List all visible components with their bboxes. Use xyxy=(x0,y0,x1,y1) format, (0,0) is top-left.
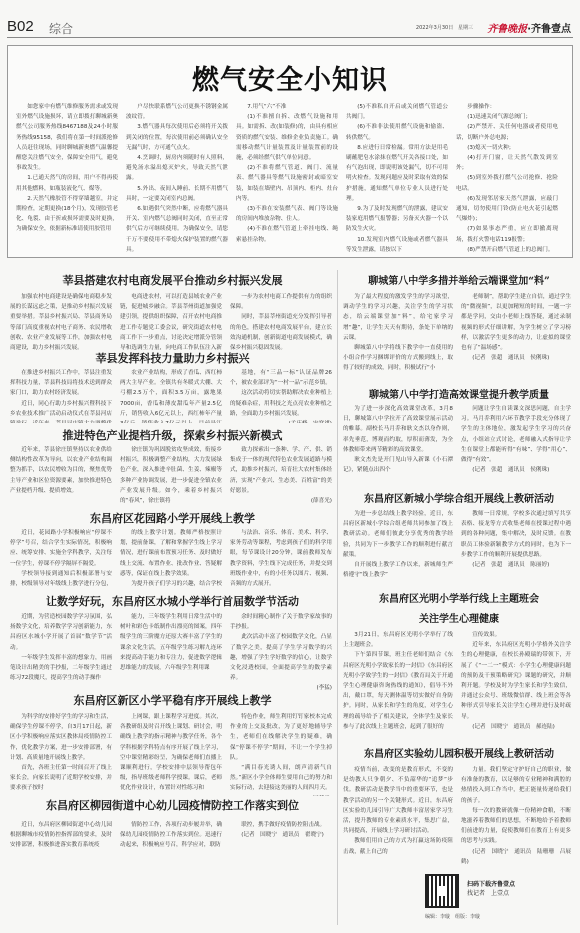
article-headline: 东昌府区花园路小学开展线上教学 xyxy=(10,510,335,526)
text-column: 与法治、音乐、体育、美术、科学、家务劳动等课程，考虑到孩子们的科学用眼，每节课设… xyxy=(230,528,332,590)
paragraph: (4)打开门窗，让天然气散发到室外； xyxy=(456,153,558,173)
text-column: 徐庄镇为巩固脱贫攻坚成效，衔接乡村振兴，积极调整产业结构，大力发展绿色产业，深入… xyxy=(120,445,222,507)
article-body: 近日，东昌府区柳园街道中心幼儿园根据聊城市疫情防控指挥部的要求，及时安排部署，积… xyxy=(10,820,335,865)
paragraph: 余时间精心制作了关于数学家故事的手抄报。 xyxy=(230,612,332,632)
text-column: 近日，东昌府区柳园街道中心幼儿园根据聊城市疫情防控指挥部的要求，及时安排部署，积… xyxy=(10,820,112,865)
paragraph: 教师一日常规，学校多次通过填写共享表格、接龙等方式收集老师在授课过程中遇到的各种… xyxy=(461,509,571,560)
paragraph: 3月21日，东昌府区光明小学举行了线上主题班会。 xyxy=(343,630,453,650)
text-column: 近日，花园路小学积极响应“停课不停学”号召，结合学生实际情况，积极响应、统筹安排… xyxy=(10,528,112,590)
paragraph: (2)严禁开、关任何电器或者使用电话，切断户外总电源； xyxy=(456,122,558,142)
text-column: 近期，为营造校园数学学习氛围，弘扬数学文化，培养数学学习创新能力，东昌府区水城小… xyxy=(10,612,112,690)
article-headline: 让数学好玩，东昌府区水城小学举行首届数学节活动 xyxy=(10,593,335,609)
text-column: 为科学的安排好学生的学习和生活，确保学生停课不停学，自3月17日起，新区小学积极… xyxy=(10,712,112,796)
article-headline: 聊城第八中学多措并举给云端课堂加“料” xyxy=(343,272,575,287)
paragraph: 近年来，莘县徐庄镇坚持以农业供给侧结构性改革为导向，以农业产业结构调整为抓手，以… xyxy=(10,445,112,496)
qr-caption: 扫码下载齐鲁壹点 找记者 上壹点 xyxy=(467,880,515,898)
article-body: 为了最大程度的激发学生的学习欲望，调动学生的学习兴趣，关注学生的学习状态，给云端… xyxy=(343,292,575,384)
paragraph: 近日，同心行助力乡村振兴暨科技下乡农业技术推广活动启动仪式在莘县河店镇举行。近年… xyxy=(10,399,112,423)
weekday: 星期三 xyxy=(458,25,473,31)
newspaper-logo: 齐鲁晚报·齐鲁壹点 xyxy=(487,20,571,35)
paragraph: 徐庄镇为巩固脱贫攻坚成效，衔接乡村振兴，积极调整产业结构，大力发展绿色产业，深入… xyxy=(120,445,222,506)
article-body: 在推进乡村振兴工作中，莘县注重发挥科技力量，莘县科技局将技术送到群众家门口，助力… xyxy=(10,368,335,423)
paragraph: (记者 国晓宁 通讯员 陆珊珊 吕展鹤) xyxy=(461,847,571,867)
paragraph: 近期，为营造校园数学学习氛围，弘扬数学文化，培养数学学习创新能力，东昌府区水城小… xyxy=(10,612,112,653)
paragraph: (记者 张超 通讯员 侯俐珠) xyxy=(461,353,571,363)
paragraph: 力量。我们坚定守护好自己的职业，做有准备的教育，以足够的专业精神和满腔的热情投入… xyxy=(461,765,571,806)
paragraph: 特色作业，师生利用钉钉家校本完成作业的上交及批改，为了更好地辅导学生，老师们在线… xyxy=(230,712,332,763)
paragraph: (2)不准将燃气管道、阀门、流量表、燃气器具等燃气设施密封或暗室安装，如装在墙壁… xyxy=(236,163,338,204)
text-column: 余时间精心制作了关于数学家故事的手抄报。此次活动丰富了校园数学文化，凸显了数学之… xyxy=(230,612,332,690)
byline: (国莹光) xyxy=(230,794,332,796)
article-body: 为了进一步深化高效课堂改革，3月8日，聊城第八中学拉开了高效课堂展示活动的帷幕。… xyxy=(343,404,575,486)
text-column: 上网课，跟上课程学习进度。其次，各教研组及时召开线上课划、研讨会，明确线上教学的… xyxy=(120,712,222,796)
text-column: 基地，有“三品一标”认证品牌26个，被农业部评为“一村一品”示范乡镇。这次活动将… xyxy=(230,368,332,423)
text-column: 一步为农村电商工作提供有力的组织保障。同时，莘县莘州街道充分发挥引导者的角色，搭… xyxy=(230,292,332,350)
text-column: 如您家中有燃气维修服务需求或发现室外燃气设施损坏，请立即拨打聊城新奥燃气公司服务… xyxy=(16,102,118,254)
paragraph: 每一次的教研就像一份精神食粮，不断地滋养着教师们的思想，不断地给予着教师们前进的… xyxy=(461,806,571,847)
paragraph: 3.燃气器具每次使用后必须将开关拨到关闭的位置，每次使用前必须确认安全无漏气时，… xyxy=(126,122,228,153)
text-column: 加强农村电商建设是确保电商稳步发展的长谋远虑之策，是推动乡村振兴发展重要举措。莘… xyxy=(10,292,112,350)
paragraph: (5)到室外拨打燃气公司抢修、抢险电话。 xyxy=(456,173,558,193)
text-column: 电商进农村，可以打造县域农业产业链，促进城乡融合。莘县莘州街道加强党建引领，提供… xyxy=(120,292,222,350)
paragraph: (8)严禁开启燃气管道上的总阀门。 xyxy=(456,245,558,254)
section-name: 综合 xyxy=(49,20,73,37)
paragraph: 2.天然气橡胶管不得穿墙越室，并定期检查，定期更换(18个月)，发现胶管老化、龟… xyxy=(16,194,118,235)
paragraph: 与法治、音乐、体育、美术、科学、家务劳动等课程，考虑到孩子们的科学用眼，每节课设… xyxy=(230,528,332,589)
paragraph: (3)不准在安装燃气表、阀门等设施的房间内堆放杂物、住人。 xyxy=(236,204,338,224)
page-header: B02 综合 2022年3月30日 星期三 齐鲁晚报·齐鲁壹点 xyxy=(7,18,573,38)
paragraph: 为提升孩子们学习的兴趣，结合学校实际，学校开设了道德 xyxy=(120,579,222,590)
byline: (董从瑶 俞凯茜) xyxy=(230,589,332,590)
paragraph: 4.烹调时，厨房内须随时有人照料，避免汤水溢出熄灭炉火，导致天然气泄露。 xyxy=(126,153,228,184)
article-body: 近期，为营造校园数学学习氛围，弘扬数学文化，培养数学学习创新能力，东昌府区水城小… xyxy=(10,612,335,690)
article-body: 近年来，莘县徐庄镇坚持以农业供给侧结构性改革为导向，以农业产业结构调整为抓手，以… xyxy=(10,445,335,507)
date: 2022年3月30日 xyxy=(416,25,453,31)
text-column: 近年来，莘县徐庄镇坚持以农业供给侧结构性改革为导向，以农业产业结构调整为抓手，以… xyxy=(10,445,112,507)
paragraph: (记者 国晓宁 通讯员 郝连陆) xyxy=(461,722,571,732)
article-headline: 东昌府区光明小学举行线上主题班会关注学生心理健康 xyxy=(343,590,575,625)
paragraph: 为科学的安排好学生的学习和生活，确保学生停课不停学，自3月17日起，新区小学积极… xyxy=(10,712,112,763)
text-column: 老师制”，帮助学生建立自信，通过学生的“微视频”，以更加精短的时间，一题一字都是… xyxy=(461,292,571,384)
article-headline: 东昌府区柳园街道中心幼儿园疫情防控工作落实到位 xyxy=(10,797,335,813)
paragraph: “满目春光诱人间，朗声清新气自然。”新区小学全体师生要用自己的努力和实际行动，去… xyxy=(230,763,332,794)
text-column: 问题让学生自读课文深思问题，自主学习。马月乔利用六环节教学手段充分体现了学生的主… xyxy=(461,404,571,486)
paragraph: (3)熄灭一切火种； xyxy=(456,143,558,153)
text-column: 农业产业结构，形成了香瓜、西红柿两大主导产业。全镇共有冬暖式大棚、大弓棚2.5万… xyxy=(120,368,222,423)
dateline: 2022年3月30日 星期三 xyxy=(416,24,473,31)
paragraph: 联控，携手做好疫情防控阻击战。 xyxy=(230,820,332,830)
paragraph: 10.发现室内燃气设施或者燃气器具等发生泄露，请按以下 xyxy=(346,235,448,254)
paragraph: (记者 张超 通讯员 陈丽婷) xyxy=(461,560,571,570)
paragraph: 问题让学生自读课文深思问题，自主学习。马月乔利用六环节教学手段充分体现了学生的主… xyxy=(461,404,571,465)
article-headline: 东昌府区新区小学平稳有序开展线上教学 xyxy=(10,692,335,708)
paragraph: 如您家中有燃气维修服务需求或发现室外燃气设施损坏，请立即拨打聊城新奥燃气公司服务… xyxy=(16,102,118,173)
paragraph: 6.如遇供气突然中断，应将燃气器具开关、室内燃气总阀同时关闭，直至正常供气后方可… xyxy=(126,204,228,254)
paragraph: 宣传效果。 xyxy=(461,630,571,640)
paragraph: 首先，各班主任第一时间召开了线上家长会，向家长说明了近期学校安排，并要求孩子按时 xyxy=(10,763,112,794)
paragraph: (1)不准擅自拆、改燃气设施和用具。如需拆、改(如装修)的，由具有相应资质的燃气… xyxy=(236,112,338,163)
paragraph: 户尽快联系燃气公司更换不锈钢金属波纹管。 xyxy=(126,102,228,122)
article-headline: 莘县发挥科技力量助力乡村振兴 xyxy=(10,350,335,366)
byline: (孟庆峰 安宽祺) xyxy=(230,419,332,423)
page-number: B02 xyxy=(7,18,34,35)
paragraph: 在推进乡村振兴工作中，莘县注重发挥科技力量，莘县科技局将技术送到群众家门口，助力… xyxy=(10,368,112,399)
text-column: 疫情当前，改变的是教育形式，不变的是幼教人只争朝夕、不负韶华的“追梦”步伐。教研… xyxy=(343,765,453,875)
feature-title: 燃气安全小知识 xyxy=(8,58,572,97)
text-column: 在推进乡村振兴工作中，莘县注重发挥科技力量，莘县科技局将技术送到群众家门口，助力… xyxy=(10,368,112,423)
text-column: 联控，携手做好疫情防控阻击战。(记者 国晓宁 通讯员 翟晓宁) xyxy=(230,820,332,865)
text-column: 为了进一步深化高效课堂改革，3月8日，聊城第八中学拉开了高效课堂展示活动的帷幕。… xyxy=(343,404,453,486)
text-column: 为了最大程度的激发学生的学习欲望，调动学生的学习兴趣，关注学生的学习状态，给云端… xyxy=(343,292,453,384)
paragraph: 步骤操作： xyxy=(456,102,558,112)
paragraph: 致力探索出一条种、学、产、供、销集成于一体的现代特色农业发展道路与模式，助推乡村… xyxy=(230,445,332,496)
paragraph: 同时，莘县莘州街道充分发挥引导者的角色，搭建农村电商发展平台，建立长效沟通机制，… xyxy=(230,312,332,350)
newspaper-page: B02 综合 2022年3月30日 星期三 齐鲁晚报·齐鲁壹点 燃气安全小知识 … xyxy=(0,0,580,933)
paragraph: (7)如果事态严重，应立即撤离现场，拨打火警电话119报警； xyxy=(456,224,558,244)
text-column: 力量。我们坚定守护好自己的职业，做有准备的教育，以足够的专业精神和满腔的热情投入… xyxy=(461,765,571,875)
paragraph: 7.用气“六”不准 xyxy=(236,102,338,112)
paragraph: 近年来，东昌府区光明小学格外关注学生的心理健康，在校长孙殿瑞的带领下，开展了《“… xyxy=(461,640,571,722)
byline: (李猛) xyxy=(230,683,332,690)
article-headline: 聊城第八中学打造高效课堂提升教学质量 xyxy=(343,386,575,401)
paragraph: (4)不准在燃气管道上牵挂电线、绳索悬挂杂物。 xyxy=(236,224,338,244)
article-body: 为科学的安排好学生的学习和生活，确保学生停课不停学，自3月17日起，新区小学积极… xyxy=(10,712,335,796)
logo-red-text: 齐鲁晚报 xyxy=(487,24,527,35)
paragraph: 耿文杰先是开门见山导入新课《小石潭记》，紧随点出四个 xyxy=(343,455,453,475)
article-headline: 莘县搭建农村电商发展平台推动乡村振兴发展 xyxy=(10,272,335,288)
paragraph: 的线上教学计划。教师严格按照计划，提前备课，了解和掌握学生线上学习情况，进行课前… xyxy=(120,528,222,579)
text-column: 3月21日，东昌府区光明小学举行了线上主题班会。下午第四节课，班主任老师们结合《… xyxy=(343,630,453,742)
paragraph: 9.为了及时发现燃气的泄露，建议安装家庭用燃气报警器；另备灭火器一个以防发生火灾… xyxy=(346,204,448,235)
gas-safety-feature-box: 燃气安全小知识 如您家中有燃气维修服务需求或发现室外燃气设施损坏，请立即拨打聊城… xyxy=(7,45,573,258)
text-column: 致力探索出一条种、学、产、供、销集成于一体的现代特色农业发展道路与模式，助推乡村… xyxy=(230,445,332,507)
paragraph: (记者 张超 通讯员 侯俐珠) xyxy=(461,465,571,475)
paragraph: 教师们用自己的方式为打赢这场防疫阻击战，献上自己的 xyxy=(343,836,453,856)
qr-caption-line2: 找记者 上壹点 xyxy=(467,889,515,898)
paragraph: 学校领导接到通知后积极部署与安排，校级领导对年级线上教学进行分包，并制定了详细 xyxy=(10,569,112,590)
paragraph: 一年级学生发挥丰富的想象力，用画笔设计出精美的手抄报，二年级学生通过练习72段魔… xyxy=(10,653,112,684)
paragraph: 下午第四节课，班主任老师们结合《东昌府区光明小学致家长的一封信》《东昌府区光明小… xyxy=(343,650,453,732)
paragraph: 为了最大程度的激发学生的学习欲望，调动学生的学习兴趣，关注学生的学习状态，给云端… xyxy=(343,292,453,343)
qr-caption-line1: 扫码下载齐鲁壹点 xyxy=(467,880,515,889)
paragraph: 这次活动将切实帮助解决农业种植上的疑难杂症，用科技之光点亮农业种植之路，全面助力… xyxy=(230,388,332,419)
paragraph: 上网课，跟上课程学习进度。其次，各教研组及时召开线上课划、研讨会，明确线上教学的… xyxy=(120,712,222,794)
text-column: 7.用气“六”不准(1)不准擅自拆、改燃气设施和用具。如需拆、改(如装修)的，由… xyxy=(236,102,338,254)
logo-black-text: ·齐鲁壹点 xyxy=(527,24,571,35)
text-column: 情防控工作，各项行动步履并举，确保幼儿园疫情防控工作落实到位。迅速行动起来，积极… xyxy=(120,820,222,865)
paragraph: (5)不准私自开启或关闭燃气管道公共阀门。 xyxy=(346,102,448,122)
editor-credit: 编辑：李璇 组版：李璇 xyxy=(425,913,480,920)
text-column: 为进一步总结线上教学经验，近日，东昌府区新城小学综合组老师共同参加了线上教研活动… xyxy=(343,509,453,591)
byline: (薛喜光) xyxy=(230,496,332,506)
paragraph: (6)不准非法使用燃气设施和偷盗、转供燃气。 xyxy=(346,122,448,142)
paragraph: 为了进一步深化高效课堂改革，3月8日，聊城第八中学拉开了高效课堂展示活动的帷幕。… xyxy=(343,404,453,455)
paragraph: 情防控工作，各项行动步履并举，确保幼儿园疫情防控工作落实到位。迅速行动起来，积极… xyxy=(120,820,222,851)
paragraph: 1.已通天然气的房间，用户不得再使用其他燃料，如瓶装液化气、煤等。 xyxy=(16,173,118,193)
paragraph: (6)发现邻居家天然气泄露，应敲门通知，切勿使用门铃(防止电火花引起燃气爆炸)； xyxy=(456,194,558,225)
text-column: 教师一日常规，学校多次通过填写共享表格、接龙等方式收集老师在授课过程中遇到的各种… xyxy=(461,509,571,591)
paragraph: 基地，有“三品一标”认证品牌26个，被农业部评为“一村一品”示范乡镇。 xyxy=(230,368,332,388)
paragraph: 近日，东昌府区柳园街道中心幼儿园根据聊城市疫情防控指挥部的要求，及时安排部署，积… xyxy=(10,820,112,851)
text-column: 步骤操作：(1)迅速关闭气源总阀门；(2)严禁开、关任何电器或者使用电话，切断户… xyxy=(456,102,558,254)
paragraph: 自开展线上教学工作以来，新城师生严格遵守“线上教学” xyxy=(343,560,453,580)
paragraph: 农业产业结构，形成了香瓜、西红柿两大主导产业。全镇共有冬暖式大棚、大弓棚2.5万… xyxy=(120,368,222,423)
text-column: 能力，三年级学生利用日常生活中的树叶和彩色卡纸制作出漂亮的图案，四年级学生的三阶… xyxy=(120,612,222,690)
paragraph: 聊城第八中学将线下教学中一直使用的小组合作学习捆绑评价的方式搬到线上，取得了较好… xyxy=(343,343,453,374)
paragraph: 加强农村电商建设是确保电商稳步发展的长谋远虑之策，是推动乡村振兴发展重要举措。莘… xyxy=(10,292,112,350)
article-headline: 东昌府区新城小学综合组开展线上教研活动 xyxy=(343,490,575,505)
paragraph: (记者 国晓宁 通讯员 翟晓宁) xyxy=(230,830,332,840)
qr-code[interactable] xyxy=(425,874,459,908)
paragraph: 疫情当前，改变的是教育形式，不变的是幼教人只争朝夕、不负韶华的“追梦”步伐。教研… xyxy=(343,765,453,836)
article-body: 为进一步总结线上教学经验，近日，东昌府区新城小学综合组老师共同参加了线上教研活动… xyxy=(343,509,575,591)
article-body: 加强农村电商建设是确保电商稳步发展的长谋远虑之策，是推动乡村振兴发展重要举措。莘… xyxy=(10,292,335,350)
article-body: 疫情当前，改变的是教育形式，不变的是幼教人只争朝夕、不负韶华的“追梦”步伐。教研… xyxy=(343,765,575,875)
article-body: 3月21日，东昌府区光明小学举行了线上主题班会。下午第四节课，班主任老师们结合《… xyxy=(343,630,575,742)
feature-columns: 如您家中有燃气维修服务需求或发现室外燃气设施损坏，请立即拨打聊城新奥燃气公司服务… xyxy=(16,102,566,254)
text-column: 宣传效果。近年来，东昌府区光明小学格外关注学生的心理健康，在校长孙殿瑞的带领下，… xyxy=(461,630,571,742)
article-headline: 推进特色产业提档升级，探索乡村振兴新模式 xyxy=(10,427,335,443)
text-column: 户尽快联系燃气公司更换不锈钢金属波纹管。3.燃气器具每次使用后必须将开关拨到关闭… xyxy=(126,102,228,254)
paragraph: (1)迅速关闭气源总阀门； xyxy=(456,112,558,122)
paragraph: 电商进农村，可以打造县域农业产业链，促进城乡融合。莘县莘州街道加强党建引领，提供… xyxy=(120,292,222,350)
paragraph: 此次活动丰富了校园数学文化，凸显了数学之美，提高了学生学习数学的兴趣，增强了学生… xyxy=(230,632,332,683)
paragraph: 能力，三年级学生利用日常生活中的树叶和彩色卡纸制作出漂亮的图案，四年级学生的三阶… xyxy=(120,612,222,673)
paragraph: 一步为农村电商工作提供有力的组织保障。 xyxy=(230,292,332,312)
paragraph: 5.外出、夜间入睡前、长期不用燃气具时，一定要关闭室内总阀。 xyxy=(126,184,228,204)
column-divider xyxy=(337,270,338,925)
text-column: (5)不准私自开启或关闭燃气管道公共阀门。(6)不准非法使用燃气设施和偷盗、转供… xyxy=(346,102,448,254)
paragraph: 近日，花园路小学积极响应“停课不停学”号召，结合学生实际情况，积极响应、统筹安排… xyxy=(10,528,112,569)
paragraph: 老师制”，帮助学生建立自信，通过学生的“微视频”，以更加精短的时间，一题一字都是… xyxy=(461,292,571,353)
text-column: 特色作业，师生利用钉钉家校本完成作业的上交及批改，为了更好地辅导学生，老师们在线… xyxy=(230,712,332,796)
text-column: 的线上教学计划。教师严格按照计划，提前备课，了解和掌握学生线上学习情况，进行课前… xyxy=(120,528,222,590)
article-body: 近日，花园路小学积极响应“停课不停学”号召，结合学生实际情况，积极响应、统筹安排… xyxy=(10,528,335,590)
paragraph: 为进一步总结线上教学经验，近日，东昌府区新城小学综合组老师共同参加了线上教研活动… xyxy=(343,509,453,560)
article-headline-line2: 关注学生心理健康 xyxy=(343,610,575,625)
paragraph: 8.应进行日常检漏。常用方法是用毛刷蘸肥皂水涂抹在燃气开关各接口处，如有气泡出现… xyxy=(346,143,448,204)
article-headline: 东昌府区实验幼儿园积极开展线上教研活动 xyxy=(343,745,575,760)
